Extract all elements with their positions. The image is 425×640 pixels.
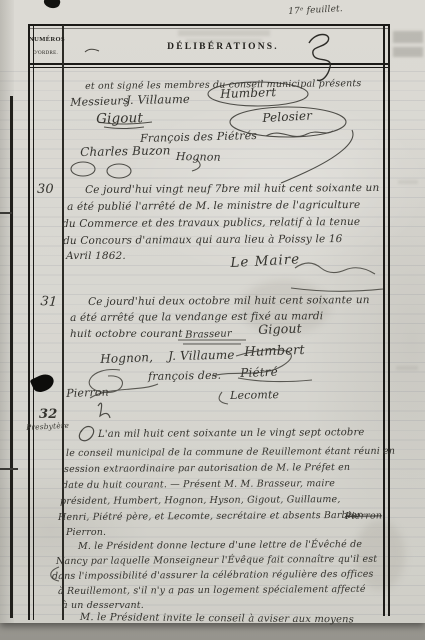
table-top-inner-border xyxy=(28,28,390,29)
column-header-ordre: D'ORDRE. xyxy=(29,51,62,56)
entry-32-line: Pierron. xyxy=(66,527,106,538)
entry-32-line: le conseil municipal de la commune de Re… xyxy=(66,446,395,459)
table-left-border-a xyxy=(28,25,30,620)
scanned-register-photo: 17ᵉ feuillet. NUMÉROS D'ORDRE. DÉLIBÉRAT… xyxy=(0,0,425,640)
entry-32-line: président, Humbert, Hognon, Hyson, Gigou… xyxy=(60,494,341,507)
bleedthrough-text xyxy=(178,30,270,36)
entry-30-line: Avril 1862. xyxy=(66,250,126,262)
entry-32-line: date du huit courant. — Présent M. M. Br… xyxy=(62,478,335,491)
entry-30-line: du Concours d'animaux qui aura lieu à Po… xyxy=(63,233,343,247)
register-page: 17ᵉ feuillet. NUMÉROS D'ORDRE. DÉLIBÉRAT… xyxy=(0,0,425,623)
binding-tick xyxy=(0,468,18,470)
entry-32-line: dans l'impossibilité d'assurer la célébr… xyxy=(52,569,374,582)
entry-32-line: M. le Président donne lecture d'une lett… xyxy=(78,539,362,552)
entry-31-line: Ce jourd'hui deux octobre mil huit cent … xyxy=(88,294,370,308)
table-left-border-b xyxy=(33,25,35,620)
maire-signature-flourish xyxy=(285,252,390,294)
entry-32-line: Henri, Piétré père, et Lecomte, secrétai… xyxy=(58,510,361,523)
ink-blot-top xyxy=(43,0,62,10)
table-top-border xyxy=(28,24,390,27)
entry-32-struck-word: Pierron xyxy=(345,510,382,522)
entry-30-number: 30 xyxy=(37,182,54,197)
entry-30-line: du Commerce et des travaux publics, rela… xyxy=(62,216,360,230)
bleedthrough-mark xyxy=(398,180,418,184)
entry-32-line: Nancy par laquelle Monseigneur l'Évêque … xyxy=(56,554,377,567)
entry-32-d-curl-flourish xyxy=(46,565,64,583)
folio-note: 17ᵉ feuillet. xyxy=(288,4,343,17)
binding-edge-line xyxy=(10,96,13,618)
entry-31-number: 31 xyxy=(40,294,58,310)
entry-32-number: 32 xyxy=(39,407,57,422)
binding-tick xyxy=(0,212,12,214)
header-paraph-flourish xyxy=(302,30,340,85)
margin-tilde-mark xyxy=(84,47,100,55)
closing-signature-flourishes xyxy=(60,80,390,188)
entry-30-line: a été publié l'arrêté de M. le ministre … xyxy=(67,199,360,213)
entry-31-signature-flourishes xyxy=(60,318,390,410)
bleedthrough-box xyxy=(393,31,423,43)
entry-32-line: session extraordinaire par autorisation … xyxy=(64,462,350,475)
column-header-numeros: NUMÉROS xyxy=(29,36,62,43)
entry-30-line: Ce jourd'hui vingt neuf 7bre mil huit ce… xyxy=(85,182,379,196)
bleedthrough-mark xyxy=(396,366,418,370)
entry-32-line: à un desservant. xyxy=(62,600,144,611)
entry-32-line: à Reuillemont, s'il n'y a pas un logemen… xyxy=(58,584,366,597)
entry-32-line: L'an mil huit cent soixante un le vingt … xyxy=(98,427,364,440)
bleedthrough-box xyxy=(393,47,423,57)
entry-32-line: M. le Président invite le conseil à avis… xyxy=(80,612,354,625)
